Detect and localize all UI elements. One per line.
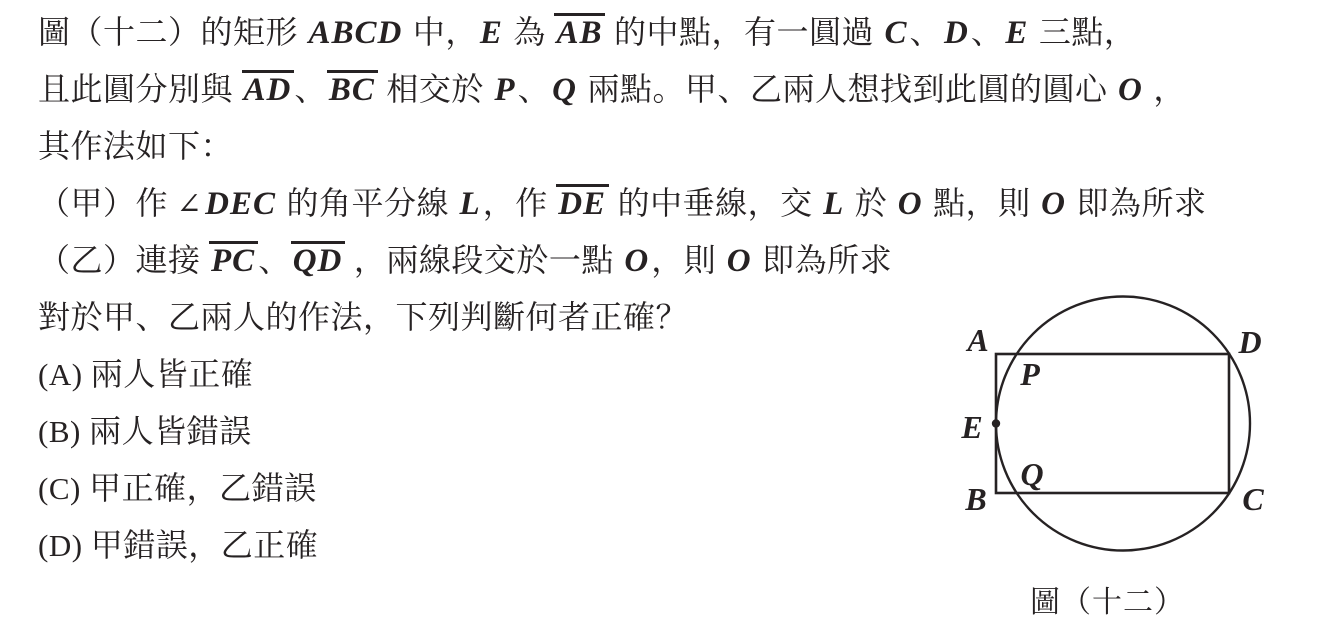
text-run: 中， [404, 14, 478, 50]
text-run: 相交於 [378, 71, 493, 107]
statement-line-2: 且此圓分別與 AD、BC 相交於 P、Q 兩點。甲、乙兩人想找到此圓的圓心 O … [38, 61, 1328, 118]
text-run: 為 [505, 14, 555, 50]
text-run: QD [291, 241, 346, 280]
text-run: O [1039, 186, 1068, 222]
text-run: 、 [258, 242, 291, 278]
point-e-dot [992, 419, 1000, 427]
figure-svg: A D E B C P Q [930, 288, 1300, 573]
text-run: E [1003, 15, 1030, 51]
text-run: 的中垂線，交 [609, 185, 821, 221]
text-run: PC [209, 241, 258, 280]
text-run: BC [327, 70, 378, 109]
text-run: 兩點。甲、乙兩人想找到此圓的圓心 [579, 71, 1116, 107]
text-run: O [1116, 72, 1145, 108]
text-run: ， [1145, 71, 1186, 107]
text-run: ∠ [177, 188, 204, 221]
text-run: 且此圓分別與 [38, 71, 242, 107]
text-run: ，兩線段交於一點 [345, 242, 622, 278]
text-run: 甲錯誤，乙正確 [91, 527, 319, 563]
text-run: O [725, 243, 754, 279]
text-run: E [478, 15, 505, 51]
text-run: L [821, 186, 846, 222]
text-run: （甲）作 [38, 185, 177, 221]
text-run: (D) [38, 528, 91, 563]
text-run: ABCD [307, 15, 405, 51]
text-run: (C) [38, 471, 89, 506]
vertex-label-d: D [1237, 324, 1261, 360]
text-run: 、 [971, 14, 1004, 50]
text-run: ，作 [483, 185, 557, 221]
text-run: 的中點，有一圓過 [605, 14, 882, 50]
point-label-e: E [960, 409, 982, 445]
text-run: 的角平分線 [278, 185, 458, 221]
vertex-label-a: A [965, 322, 988, 358]
text-run: 對於甲、乙兩人的作法，下列判斷何者正確？ [38, 299, 688, 335]
statement-line-1: 圖（十二）的矩形 ABCD 中，E 為 AB 的中點，有一圓過 C、D、E 三點… [38, 4, 1328, 61]
text-run: 其作法如下： [38, 128, 233, 164]
text-run: (B) [38, 414, 89, 449]
text-run: O [896, 186, 925, 222]
text-run: 圖（十二）的矩形 [38, 14, 307, 50]
text-run: DEC [203, 186, 278, 222]
circumcircle [996, 297, 1250, 551]
vertex-label-b: B [964, 481, 986, 517]
text-run: AB [554, 13, 605, 52]
text-run: L [458, 186, 483, 222]
method-jia-line: （甲）作 ∠DEC 的角平分線 L，作 DE 的中垂線，交 L 於 O 點，則 … [38, 175, 1328, 232]
method-yi-line: （乙）連接 PC、QD ，兩線段交於一點 O，則 O 即為所求 [38, 232, 1328, 289]
geometry-figure: A D E B C P Q [930, 288, 1300, 573]
point-label-p: P [1019, 356, 1040, 392]
text-run: 、 [294, 71, 327, 107]
text-run: O [622, 243, 651, 279]
text-run: 三點， [1030, 14, 1136, 50]
text-run: D [942, 15, 971, 51]
text-run: 、 [910, 14, 943, 50]
statement-line-3: 其作法如下： [38, 118, 1328, 175]
text-run: 、 [518, 71, 551, 107]
text-run: (A) [38, 357, 91, 392]
text-run: 於 [846, 185, 896, 221]
text-run: Q [550, 72, 579, 108]
figure-caption: 圖（十二） [1030, 577, 1185, 621]
text-run: DE [556, 184, 609, 223]
exam-question-page: 圖（十二）的矩形 ABCD 中，E 為 AB 的中點，有一圓過 C、D、E 三點… [0, 0, 1338, 638]
text-run: 即為所求 [1068, 185, 1207, 221]
vertex-label-c: C [1242, 481, 1264, 517]
text-run: P [492, 72, 517, 108]
text-run: C [882, 15, 909, 51]
point-label-q: Q [1020, 456, 1043, 492]
text-run: 兩人皆正確 [91, 356, 254, 392]
text-run: 兩人皆錯誤 [89, 413, 252, 449]
text-run: 甲正確，乙錯誤 [89, 470, 317, 506]
text-run: 點，則 [925, 185, 1040, 221]
text-run: （乙）連接 [38, 242, 209, 278]
text-run: ，則 [651, 242, 725, 278]
text-run: AD [242, 70, 295, 109]
text-run: 即為所求 [754, 242, 893, 278]
